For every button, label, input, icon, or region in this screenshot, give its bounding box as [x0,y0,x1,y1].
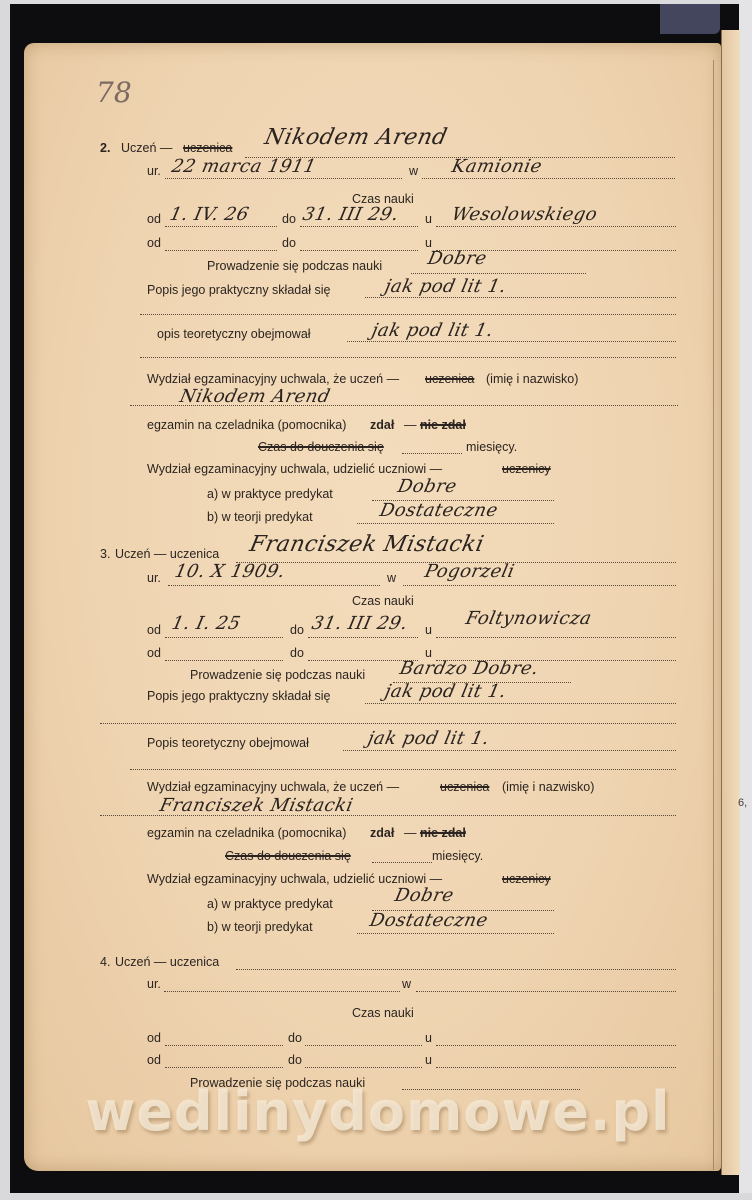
label-u: u [425,1031,432,1045]
dash: — [404,826,417,840]
label-uczen: Uczeń — [121,141,172,155]
label-wydzial-udzielic: Wydział egzaminacyjny uchwala, udzielić … [147,872,442,886]
label-uczenica-struck-2: uczenica [425,372,474,386]
label-uczenicy-struck: uczenicy [502,462,551,476]
period1-from: 1. I. 25 [170,613,243,634]
label-od-2: od [147,1053,161,1067]
birth-place: Kamionie [450,156,544,177]
label-zdal: zdał [370,826,394,840]
label-uczenicy-struck: uczenicy [502,872,551,886]
label-czas-douczenia-struck: Czas do douczenia się [258,440,384,454]
label-praktyce: a) w praktyce predykat [207,487,333,501]
period1-master: Wesolowskiego [450,204,600,225]
student-name: Nikodem Arend [262,125,449,150]
grade-practice: Dobre [393,885,456,906]
label-prowadzenie: Prowadzenie się podczas nauki [190,668,365,682]
label-opis-teoretyczny: opis teoretyczny obejmował [157,327,311,341]
student-name: Franciszek Mistacki [247,532,486,557]
birth-place: Pogorzeli [423,561,517,582]
label-miesiecy: miesięcy. [432,849,483,863]
scan-border [0,0,752,4]
birth-place-field [416,991,676,992]
label-zdal: zdał [370,418,394,432]
grade-theory: Dostateczne [378,500,500,521]
label-teorji: b) w teorji predykat [207,920,313,934]
label-praktyce: a) w praktyce predykat [207,897,333,911]
label-w: w [387,571,396,585]
label-do: do [290,623,304,637]
label-od: od [147,623,161,637]
practical-value: jak pod lit 1. [383,276,509,297]
label-popis-praktyczny: Popis jego praktyczny składał się [147,689,330,703]
conduct-value: Bardzo Dobre. [398,658,541,679]
name-field [236,969,676,970]
label-ur: ur. [147,977,161,991]
label-u: u [425,212,432,226]
label-miesiecy: miesięcy. [466,440,517,454]
label-czas-nauki: Czas nauki [352,594,414,608]
label-czas-nauki: Czas nauki [352,1006,414,1020]
conduct-value: Dobre [426,248,489,269]
label-od: od [147,1031,161,1045]
label-egzamin: egzamin na czeladnika (pomocnika) [147,418,346,432]
dash: — [404,418,417,432]
label-egzamin: egzamin na czeladnika (pomocnika) [147,826,346,840]
scan-border-left [0,0,10,1200]
theoretical-value: jak pod lit 1. [370,320,496,341]
grade-practice: Dobre [396,476,459,497]
label-u: u [425,623,432,637]
label-prowadzenie: Prowadzenie się podczas nauki [207,259,382,273]
label-od: od [147,212,161,226]
label-popis-praktyczny: Popis jego praktyczny składał się [147,283,330,297]
label-wydzial-udzielic: Wydział egzaminacyjny uchwala, udzielić … [147,462,442,476]
period1-from: 1. IV. 26 [168,204,251,225]
label-wydzial-uchwala: Wydział egzaminacyjny uchwala, że uczeń … [147,372,399,386]
entry-number: 2. [100,141,110,155]
label-do: do [288,1031,302,1045]
watermark: wedlinydomowe.pl [58,1080,698,1143]
label-od-2: od [147,236,161,250]
birth-date: 10. X 1909. [173,561,287,582]
label-u-2: u [425,1053,432,1067]
label-uczen-uczenica: Uczeń — uczenica [115,955,219,969]
label-do: do [282,212,296,226]
label-w: w [409,164,418,178]
entry-number: 4. [100,955,110,969]
label-do-2: do [282,236,296,250]
pencil-page-number: 78 [96,76,132,109]
page-fold-line [713,60,714,1170]
margin-page-mark: 6, [738,797,747,809]
label-uczenica-struck: uczenica [183,141,232,155]
label-popis-teoretyczny: Popis teoretyczny obejmował [147,736,309,750]
book-cover-corner [660,4,720,34]
birth-date-field [164,991,400,992]
scan-border-right [739,0,752,1200]
label-wydzial-uchwala: Wydział egzaminacyjny uchwala, że uczeń … [147,780,399,794]
period1-to: 31. III 29. [310,613,410,634]
label-od-2: od [147,646,161,660]
grade-theory: Dostateczne [368,910,490,931]
label-teorji: b) w teorji predykat [207,510,313,524]
label-uczenica-struck: uczenica [440,780,489,794]
scan-border-bottom [0,1193,752,1200]
label-do-2: do [288,1053,302,1067]
birth-date: 22 marca 1911 [170,156,318,177]
period1-to: 31. III 29. [301,204,401,225]
label-imie-nazwisko: (imię i nazwisko) [486,372,578,386]
theoretical-value: jak pod lit 1. [366,728,492,749]
period1-master: Foltynowiczа [464,608,594,629]
label-nie-zdal-struck: nie zdał [420,826,466,840]
adjacent-page-edge [721,30,740,1175]
label-uczen-uczenica: Uczeń — uczenica [115,547,219,561]
exam-student-name: Nikodem Arend [178,386,333,407]
label-ur: ur. [147,164,161,178]
label-ur: ur. [147,571,161,585]
label-w: w [402,977,411,991]
entry-number: 3. [100,547,110,561]
label-do-2: do [290,646,304,660]
practical-value: jak pod lit 1. [383,681,509,702]
exam-student-name: Franciszek Mistacki [158,795,355,816]
label-imie-nazwisko: (imię i nazwisko) [502,780,594,794]
label-czas-douczenia-struck: Czas do douczenia się [225,849,351,863]
label-nie-zdal-struck: nie zdał [420,418,466,432]
